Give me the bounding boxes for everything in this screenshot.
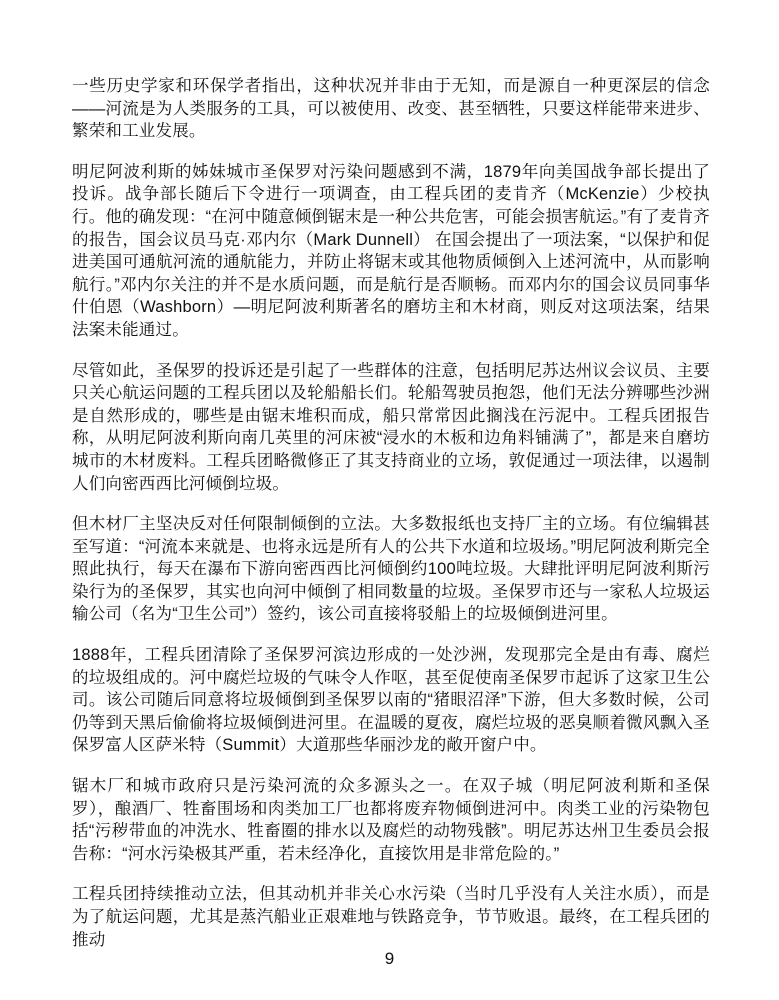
paragraph-2: 明尼阿波利斯的姊妹城市圣保罗对污染问题感到不满，1879年向美国战争部长提出了投… (72, 161, 710, 342)
page-number: 9 (0, 948, 779, 970)
document-page: 一些历史学家和环保学者指出，这种状况并非由于无知，而是源自一种更深层的信念——河… (0, 0, 779, 1000)
paragraph-3: 尽管如此，圣保罗的投诉还是引起了一些群体的注意，包括明尼苏达州议会议员、主要只关… (72, 360, 710, 496)
paragraph-6: 锯木厂和城市政府只是污染河流的众多源头之一。在双子城（明尼阿波利斯和圣保罗），酿… (72, 775, 710, 865)
paragraph-4: 但木材厂主坚决反对任何限制倾倒的立法。大多数报纸也支持厂主的立场。有位编辑甚至写… (72, 513, 710, 626)
page-body-text: 一些历史学家和环保学者指出，这种状况并非由于无知，而是源自一种更深层的信念——河… (72, 75, 710, 951)
paragraph-1: 一些历史学家和环保学者指出，这种状况并非由于无知，而是源自一种更深层的信念——河… (72, 75, 710, 143)
paragraph-5: 1888年，工程兵团清除了圣保罗河滨边形成的一处沙洲，发现那完全是由有毒、腐烂的… (72, 644, 710, 757)
paragraph-7: 工程兵团持续推动立法，但其动机并非关心水污染（当时几乎没有人关注水质），而是为了… (72, 883, 710, 951)
